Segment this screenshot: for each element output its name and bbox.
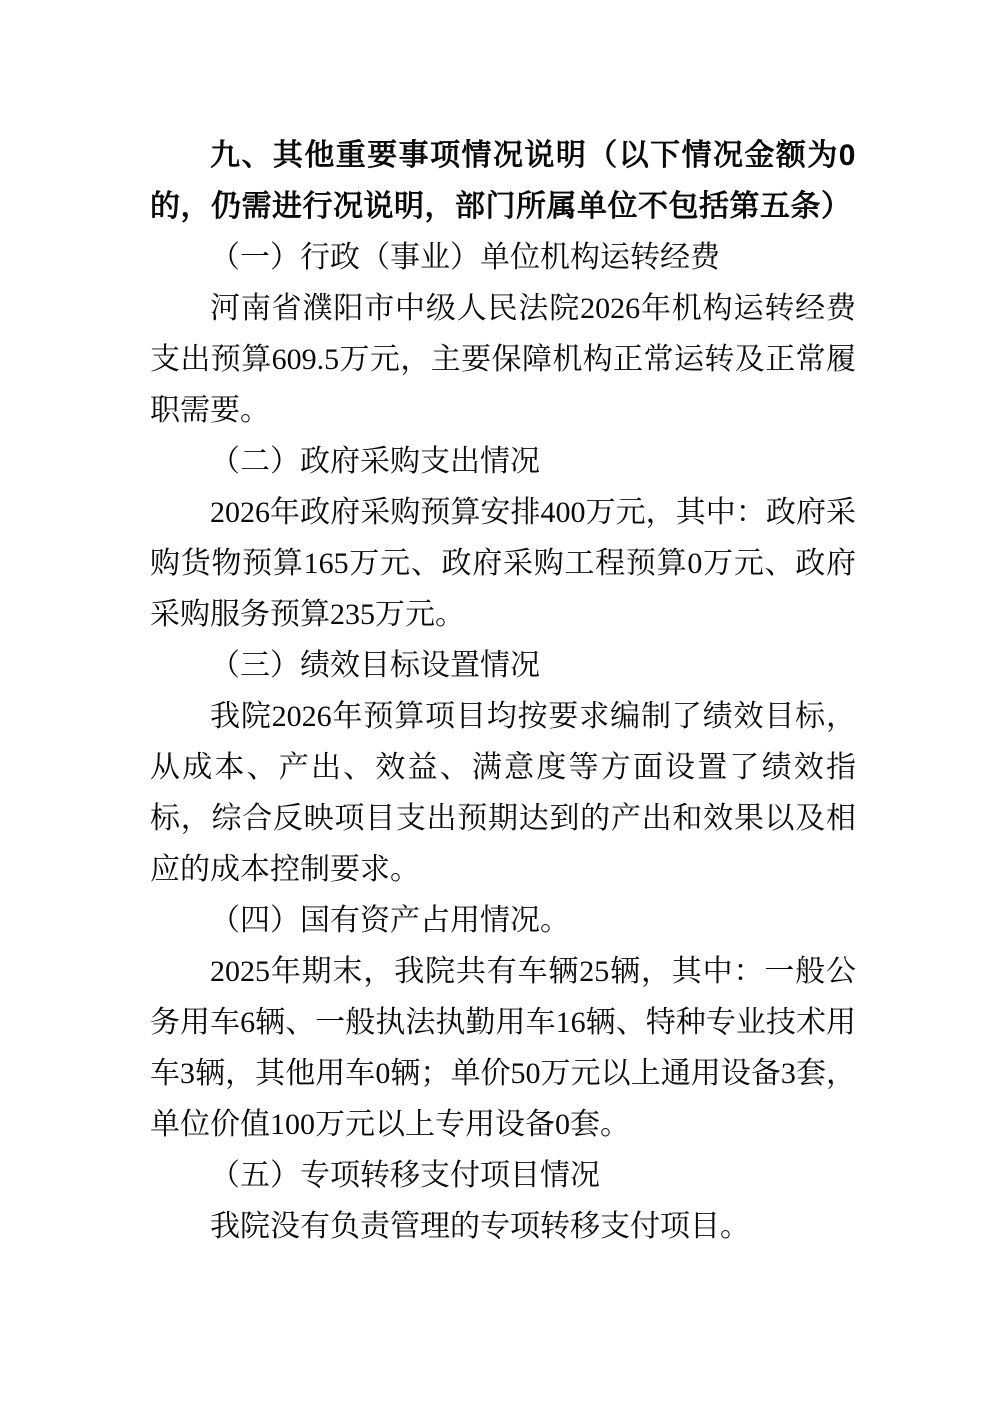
section-nine-heading: 九、其他重要事项情况说明（以下情况金额为0的，仍需进行况说明，部门所属单位不包括… — [150, 130, 856, 232]
subsection-1-paragraph: 河南省濮阳市中级人民法院2026年机构运转经费支出预算609.5万元，主要保障机… — [150, 283, 856, 436]
subsection-3-paragraph: 我院2026年预算项目均按要求编制了绩效目标，从成本、产出、效益、满意度等方面设… — [150, 691, 856, 895]
subsection-5-heading: （五）专项转移支付项目情况 — [150, 1150, 856, 1201]
subsection-2-paragraph: 2026年政府采购预算安排400万元，其中：政府采购货物预算165万元、政府采购… — [150, 487, 856, 640]
subsection-2-heading: （二）政府采购支出情况 — [150, 436, 856, 487]
subsection-5-paragraph: 我院没有负责管理的专项转移支付项目。 — [150, 1201, 856, 1252]
document-content: 九、其他重要事项情况说明（以下情况金额为0的，仍需进行况说明，部门所属单位不包括… — [150, 130, 856, 1252]
subsection-3-heading: （三）绩效目标设置情况 — [150, 640, 856, 691]
subsection-4-paragraph: 2025年期末，我院共有车辆25辆，其中：一般公务用车6辆、一般执法执勤用车16… — [150, 946, 856, 1150]
subsection-4-heading: （四）国有资产占用情况。 — [150, 895, 856, 946]
document-page: 九、其他重要事项情况说明（以下情况金额为0的，仍需进行况说明，部门所属单位不包括… — [0, 0, 1000, 1414]
subsection-1-heading: （一）行政（事业）单位机构运转经费 — [150, 232, 856, 283]
